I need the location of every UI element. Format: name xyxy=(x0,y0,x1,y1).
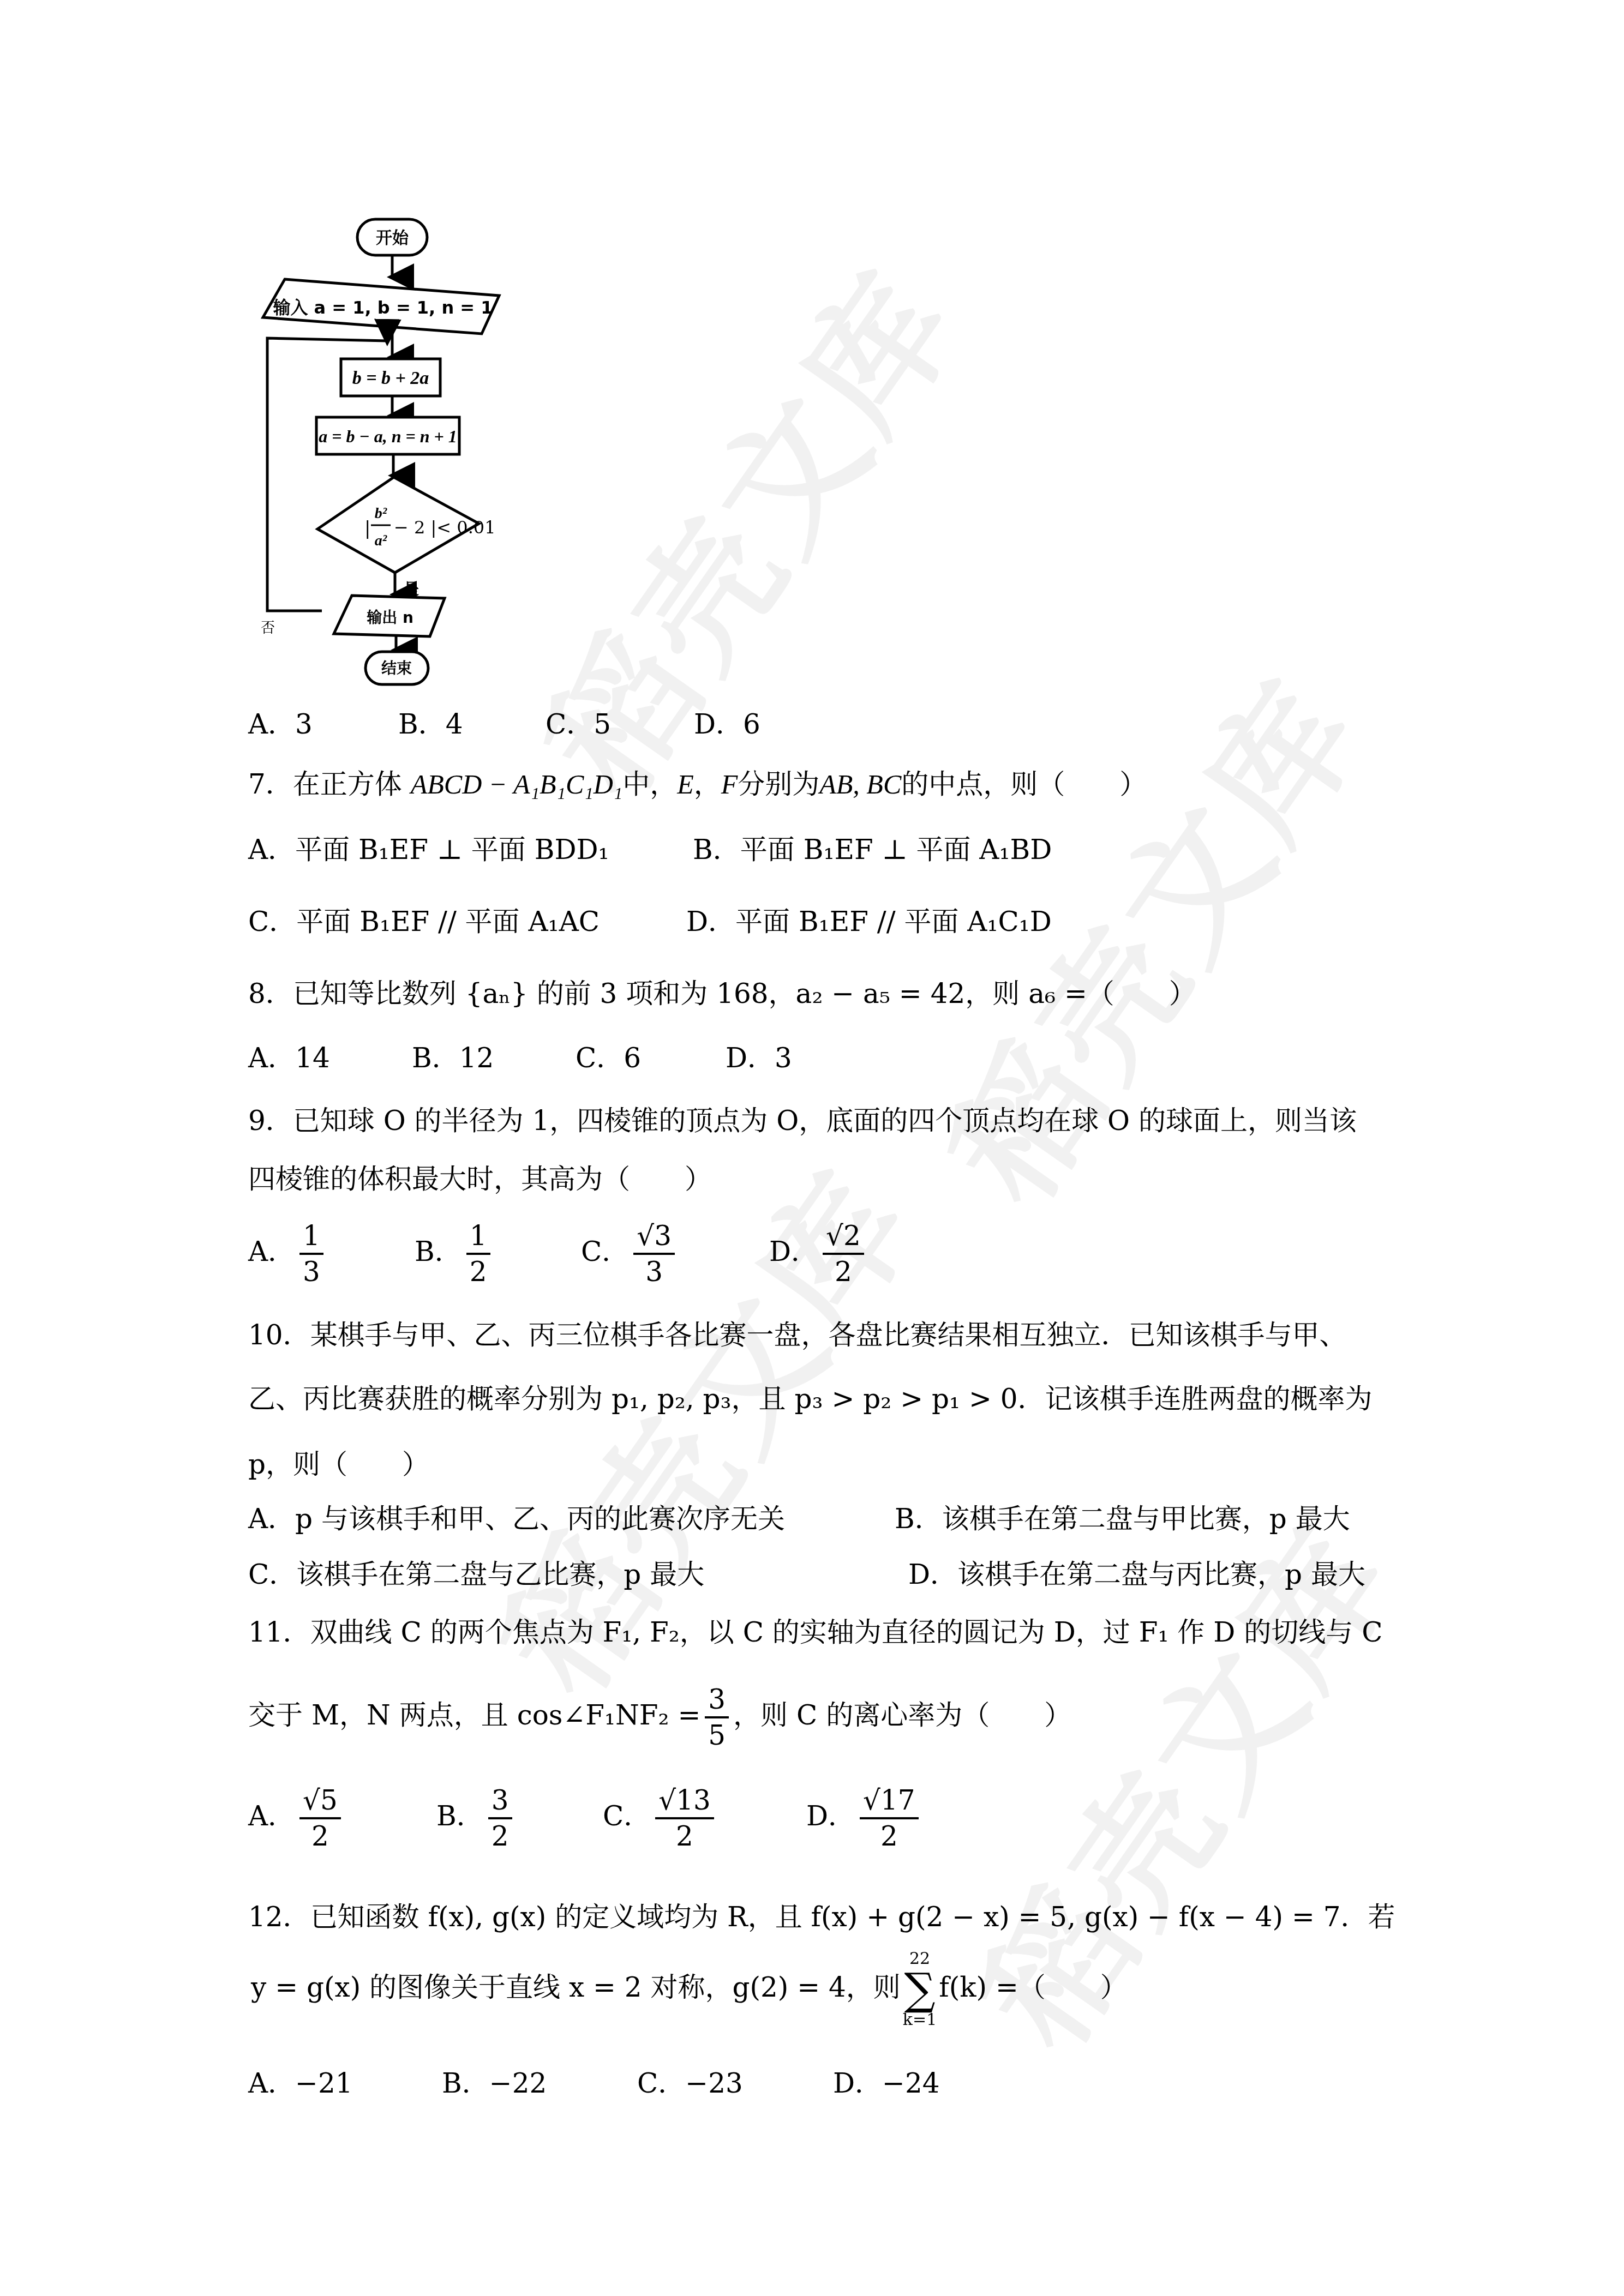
q10-option-a: A．p 与该棋手和甲、乙、丙的此赛次序无关 xyxy=(248,1502,785,1535)
q12-option-d: D．−24 xyxy=(833,2067,940,2100)
start-label: 开始 xyxy=(376,229,409,248)
q6-option-b: B．4 xyxy=(398,708,463,741)
q12-option-a: A．−21 xyxy=(248,2067,353,2100)
q7-option-a: A．平面 B₁EF ⊥ 平面 BDD₁ xyxy=(248,833,609,866)
q12-stem-line1: 12．已知函数 f(x), g(x) 的定义域均为 R，且 f(x) + g(2… xyxy=(248,1901,1395,1933)
q9-option-c: C．√33 xyxy=(581,1219,679,1289)
q8-stem: 8．已知等比数列 {aₙ} 的前 3 项和为 168，a₂ − a₅ = 42，… xyxy=(248,977,1196,1010)
q7-option-c: C．平面 B₁EF // 平面 A₁AC xyxy=(248,905,600,938)
q8-option-d: D．3 xyxy=(726,1042,792,1074)
flowchart: 开始 输入 a = 1, b = 1, n = 1 b = b + 2a a =… xyxy=(256,213,518,687)
q9-stem-line2: 四棱锥的体积最大时，其高为（ ） xyxy=(248,1163,712,1195)
no-label: 否 xyxy=(261,620,275,636)
q9-stem-line1: 9．已知球 O 的半径为 1，四棱锥的顶点为 O，底面的四个顶点均在球 O 的球… xyxy=(248,1104,1357,1137)
q8-option-b: B．12 xyxy=(412,1042,494,1074)
q11-option-a: A．√52 xyxy=(248,1783,345,1853)
q9-option-d: D．√22 xyxy=(769,1219,868,1289)
q8-option-c: C．6 xyxy=(576,1042,641,1074)
q11-stem-line2: 交于 M，N 两点，且 cos∠F₁NF₂ =35，则 C 的离心率为（ ） xyxy=(248,1682,1071,1752)
q6-option-a: A．3 xyxy=(248,708,313,741)
q7-option-b: B．平面 B₁EF ⊥ 平面 A₁BD xyxy=(693,833,1052,866)
q11-option-d: D．√172 xyxy=(806,1783,923,1853)
q7-stem: 7．在正方体 ABCD − A₁B₁C₁D₁中，E，F分别为AB, BC的中点，… xyxy=(248,768,1147,801)
q11-option-b: B．32 xyxy=(436,1783,517,1853)
q12-stem-line2: y = g(x) 的图像关于直线 x = 2 对称，g(2) = 4，则22∑k… xyxy=(251,1950,1128,2029)
condition-left: | xyxy=(364,518,370,539)
condition-numerator: b² xyxy=(375,505,387,522)
condition-right: − 2 |< 0.01 xyxy=(394,517,496,538)
q11-option-c: C．√132 xyxy=(603,1783,718,1853)
end-label: 结束 xyxy=(381,659,412,677)
q12-option-b: B．−22 xyxy=(442,2067,547,2100)
q7-option-d: D．平面 B₁EF // 平面 A₁C₁D xyxy=(686,905,1052,938)
q12-option-c: C．−23 xyxy=(637,2067,743,2100)
q10-stem-line2: 乙、丙比赛获胜的概率分别为 p₁, p₂, p₃，且 p₃ > p₂ > p₁ … xyxy=(248,1383,1373,1415)
q6-option-d: D．6 xyxy=(694,708,760,741)
step1-label: b = b + 2a xyxy=(352,368,429,388)
q10-option-d: D．该棋手在第二盘与丙比赛，p 最大 xyxy=(908,1558,1365,1591)
q10-stem-line3: p，则（ ） xyxy=(248,1448,429,1481)
condition-denominator: a² xyxy=(375,532,387,549)
q10-option-c: C．该棋手在第二盘与乙比赛，p 最大 xyxy=(248,1558,704,1591)
q9-option-a: A．13 xyxy=(248,1219,328,1289)
cube-name: ABCD − A₁B₁C₁D₁ xyxy=(411,769,622,800)
step2-label: a = b − a, n = n + 1 xyxy=(319,426,457,446)
summation: 22∑k=1 xyxy=(903,1950,937,2029)
q10-stem-line1: 10．某棋手与甲、乙、丙三位棋手各比赛一盘，各盘比赛结果相互独立．已知该棋手与甲… xyxy=(248,1319,1347,1351)
q8-option-a: A．14 xyxy=(248,1042,330,1074)
q11-stem-line1: 11．双曲线 C 的两个焦点为 F₁, F₂，以 C 的实轴为直径的圆记为 D，… xyxy=(248,1616,1382,1649)
output-label: 输出 n xyxy=(366,609,414,627)
yes-label: 是 xyxy=(404,580,419,598)
input-label: 输入 a = 1, b = 1, n = 1 xyxy=(272,297,493,318)
q10-option-b: B．该棋手在第二盘与甲比赛，p 最大 xyxy=(895,1502,1350,1535)
exam-page: 稻壳文库 稻壳文库 稻壳文库 稻壳文库 开始 输入 a = 1, b = 1, … xyxy=(0,0,1624,2296)
q9-option-b: B．12 xyxy=(415,1219,495,1289)
q6-option-c: C．5 xyxy=(546,708,611,741)
